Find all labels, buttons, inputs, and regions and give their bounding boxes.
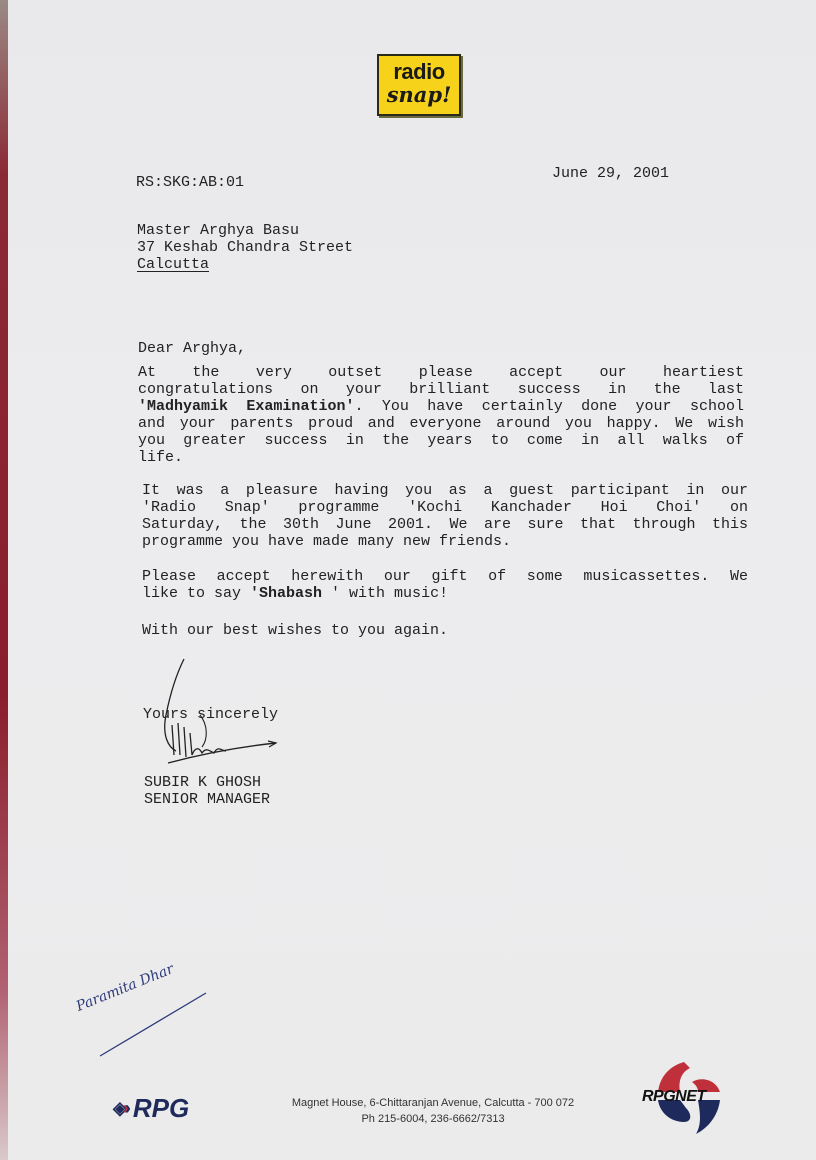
signatory-block: SUBIR K GHOSH SENIOR MANAGER — [144, 774, 270, 808]
p1-line2: congratulations on your brilliant succes… — [138, 381, 744, 398]
signatory-title: SENIOR MANAGER — [144, 791, 270, 808]
paragraph-best-wishes: With our best wishes to you again. — [142, 622, 448, 639]
letter-date: June 29, 2001 — [552, 165, 669, 182]
p1-line3: 'Madhyamik Examination'. You have certai… — [138, 398, 744, 415]
p3-line1: Please accept herewith our gift of some … — [142, 568, 748, 585]
rpg-chevron-icon: ◈›› — [113, 1098, 127, 1118]
rpgnet-text: RPGNET — [642, 1088, 706, 1106]
recipient-name: Master Arghya Basu — [137, 222, 353, 239]
footer-phone: Ph 215-6004, 236-6662/7313 — [258, 1111, 608, 1127]
paragraph-programme: It was a pleasure having you as a guest … — [142, 482, 748, 550]
closing: Yours sincerely — [143, 706, 278, 723]
shabash-text: 'Shabash — [250, 585, 322, 602]
p1-line4: and your parents proud and everyone arou… — [138, 415, 744, 432]
letter-page: radio snap! RS:SKG:AB:01 June 29, 2001 M… — [8, 0, 816, 1160]
paragraph-gift: Please accept herewith our gift of some … — [142, 568, 748, 602]
radio-snap-logo: radio snap! — [377, 54, 461, 116]
p2-line2: 'Radio Snap' programme 'Kochi Kanchader … — [142, 499, 748, 516]
p1-line1: At the very outset please accept our hea… — [138, 364, 744, 381]
p2-line4: programme you have made many new friends… — [142, 533, 748, 550]
exam-name: 'Madhyamik Examination' — [138, 398, 354, 415]
rpg-logo: ◈››RPG — [113, 1094, 189, 1122]
footer-street-address: Magnet House, 6-Chittaranjan Avenue, Cal… — [258, 1095, 608, 1111]
reference-number: RS:SKG:AB:01 — [136, 174, 244, 191]
p2-line3: Saturday, the 30th June 2001. We are sur… — [142, 516, 748, 533]
handwritten-underline — [98, 990, 213, 1060]
p1-line5: you greater success in the years to come… — [138, 432, 744, 449]
p2-line1: It was a pleasure having you as a guest … — [142, 482, 748, 499]
paragraph-congratulations: At the very outset please accept our hea… — [138, 364, 744, 466]
logo-text-radio: radio — [379, 61, 459, 83]
signatory-name: SUBIR K GHOSH — [144, 774, 270, 791]
p3-line2: like to say 'Shabash ' with music! — [142, 585, 748, 602]
p1-line6: life. — [138, 449, 744, 466]
salutation: Dear Arghya, — [138, 340, 246, 357]
recipient-city: Calcutta — [137, 256, 353, 273]
rpgnet-logo: RPGNET — [640, 1058, 736, 1136]
recipient-address: Master Arghya Basu 37 Keshab Chandra Str… — [137, 222, 353, 273]
logo-text-snap: snap! — [379, 83, 459, 107]
recipient-street: 37 Keshab Chandra Street — [137, 239, 353, 256]
footer-address: Magnet House, 6-Chittaranjan Avenue, Cal… — [258, 1095, 608, 1127]
